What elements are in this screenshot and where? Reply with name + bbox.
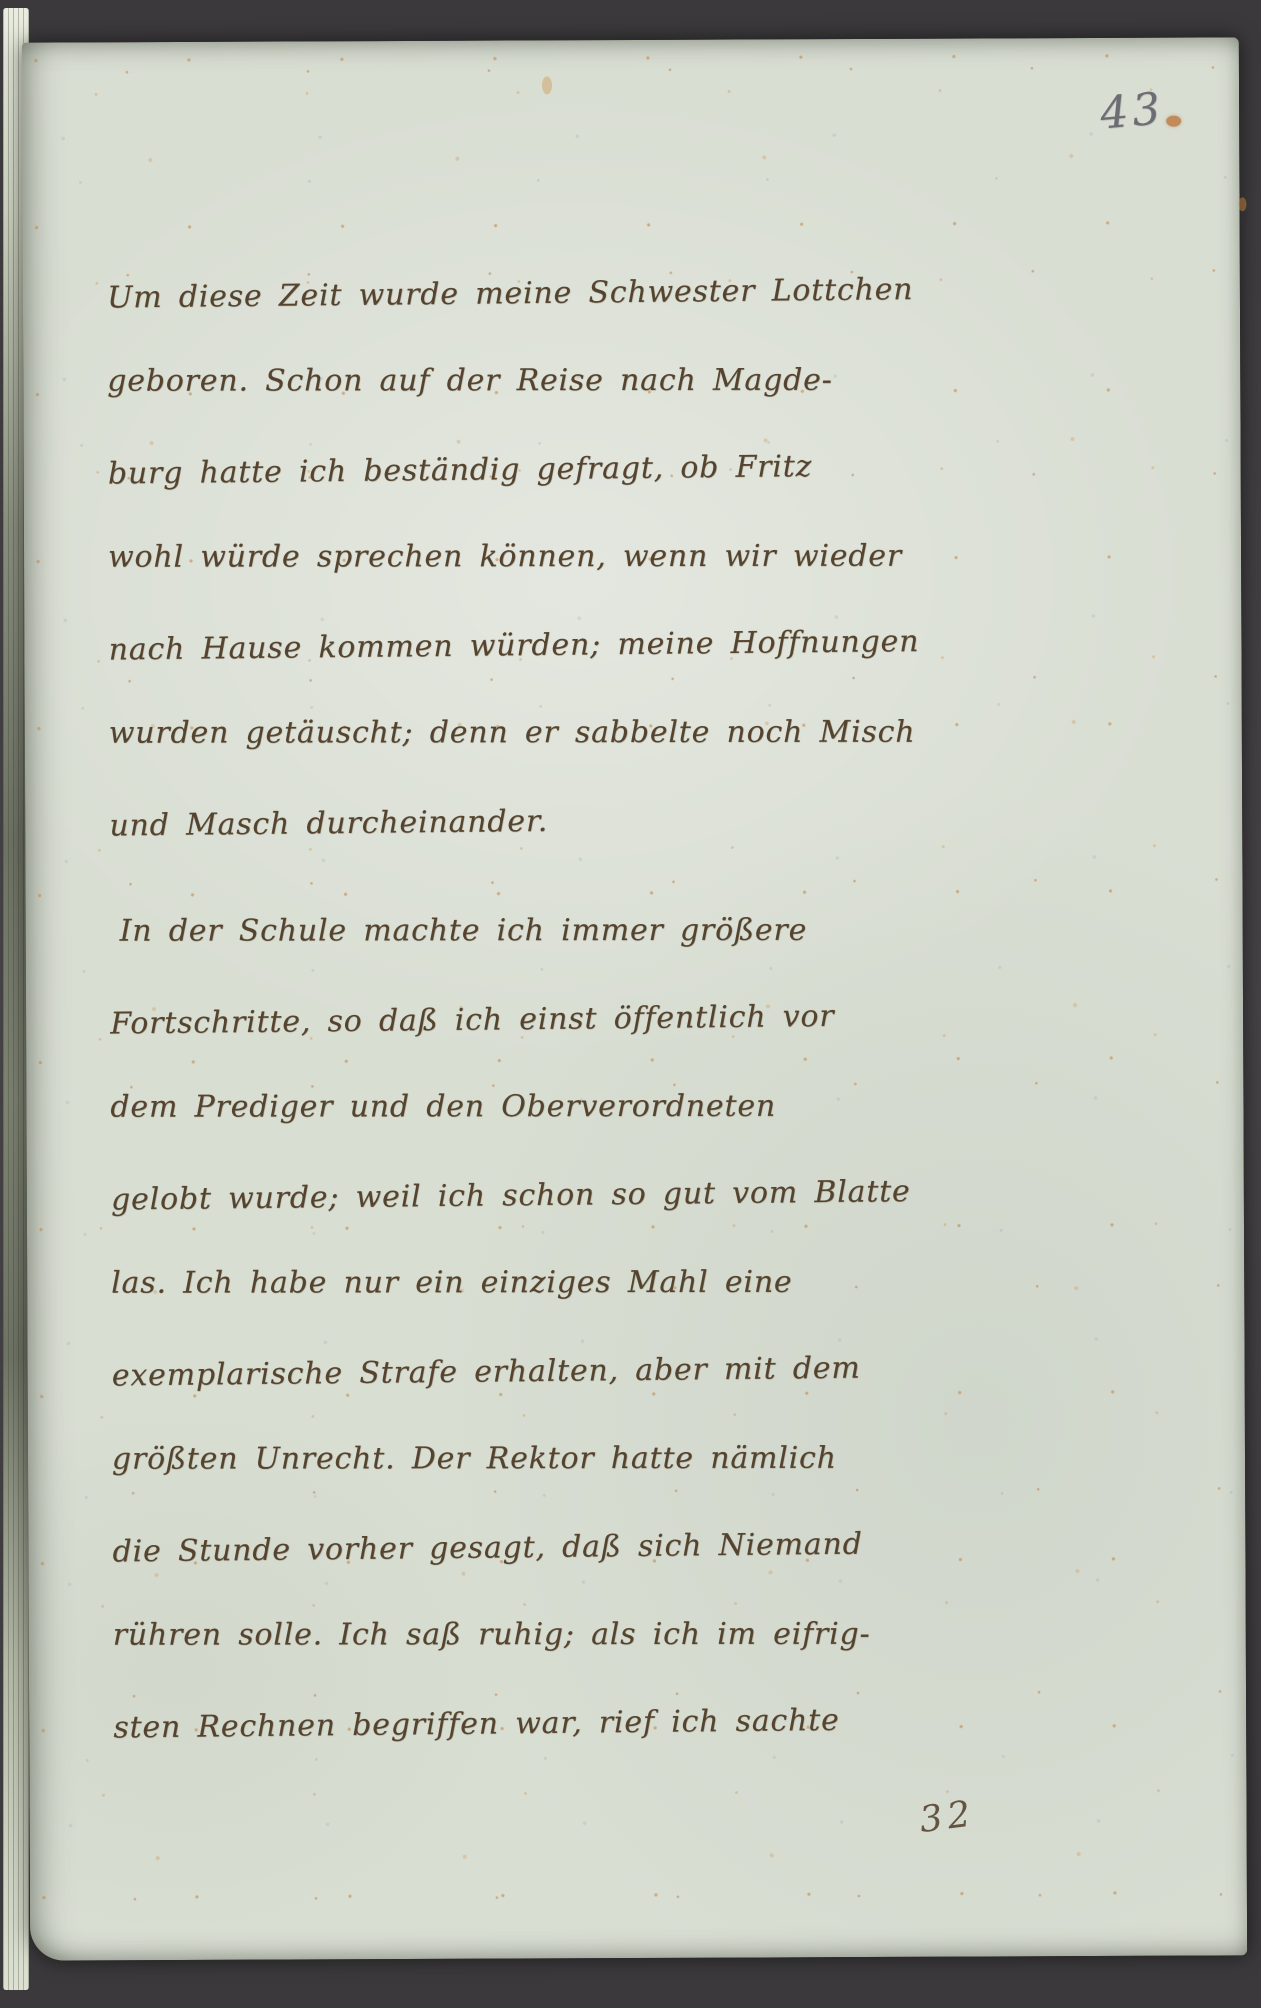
- manuscript-line: Fortschritte, so daß ich einst öffentlic…: [110, 943, 1151, 1042]
- manuscript-line: und Masch durcheinander.: [109, 745, 1150, 844]
- manuscript-page: 43 Um diese Zeit wurde meine Schwester L…: [22, 37, 1247, 1960]
- manuscript-line: wurden getäuscht; denn er sabbelte noch …: [109, 661, 1149, 750]
- manuscript-line: exemplarische Strafe erhalten, aber mit …: [111, 1295, 1152, 1394]
- manuscript-line: las. Ich habe nur ein einziges Mahl eine: [111, 1211, 1151, 1300]
- manuscript-line: Um diese Zeit wurde meine Schwester Lott…: [106, 217, 1147, 316]
- manuscript-line: sten Rechnen begriffen war, rief ich sac…: [113, 1647, 1154, 1746]
- page-number-pencil: 43: [1098, 83, 1166, 140]
- manuscript-line: geboren. Schon auf der Reise nach Magde-: [107, 309, 1147, 398]
- scan-backdrop: 43 Um diese Zeit wurde meine Schwester L…: [0, 0, 1261, 2008]
- manuscript-line: dem Prediger und den Oberverordneten: [110, 1035, 1150, 1124]
- manuscript-line: größten Unrecht. Der Rektor hatte nämlic…: [112, 1387, 1152, 1476]
- stain: [542, 76, 552, 94]
- manuscript-line: rühren solle. Ich saß ruhig; als ich im …: [113, 1563, 1153, 1652]
- manuscript-line: In der Schule machte ich immer größere: [110, 859, 1150, 948]
- stain: [1239, 197, 1247, 211]
- page-number-ink: 32: [917, 1793, 978, 1841]
- manuscript-line: die Stunde vorher gesagt, daß sich Niema…: [112, 1471, 1153, 1570]
- manuscript-line: wohl würde sprechen können, wenn wir wie…: [108, 485, 1148, 574]
- manuscript-line: nach Hause kommen würden; meine Hoffnung…: [108, 569, 1149, 668]
- manuscript-line: gelobt wurde; weil ich schon so gut vom …: [110, 1119, 1151, 1218]
- manuscript-text-block: Um diese Zeit wurde meine Schwester Lott…: [107, 220, 1154, 1743]
- stain: [1166, 116, 1181, 127]
- manuscript-line: burg hatte ich beständig gefragt, ob Fri…: [107, 393, 1148, 492]
